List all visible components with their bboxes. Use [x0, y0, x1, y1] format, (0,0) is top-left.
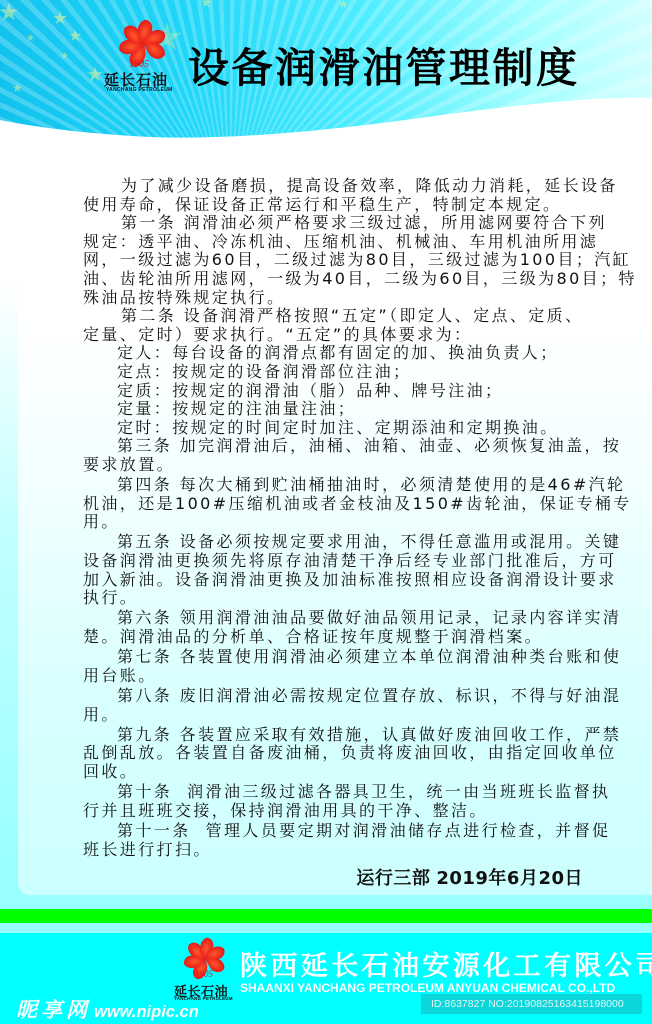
- list-item: 定量：按规定的注油量注油；: [83, 400, 637, 419]
- text-line: 油、齿轮油所用滤网，一级为40目，二级为60目，三级为80目；特: [83, 270, 637, 289]
- article-7: 第七条 各装置使用润滑油必须建立本单位润滑油种类台账和使 用台账。: [83, 648, 637, 685]
- image-id-badge: ID:8637827 NO:20190825163415198000: [421, 994, 642, 1014]
- text-line: 规定：透平油、冷冻机油、压缩机油、机械油、车用机油所用滤: [83, 233, 637, 252]
- text-line: 第六条 领用润滑油油品要做好油品领用记录，记录内容详实清: [83, 609, 637, 628]
- article-8: 第八条 废旧润滑油必需按规定位置存放、标识，不得与好油混 用。: [83, 687, 637, 724]
- article-10: 第十条 润滑油三级过滤各器具卫生，统一由当班班长监督执 行并且班班交接，保持润滑…: [83, 783, 637, 820]
- company-name-en: SHAANXI YANCHANG PETROLEUM ANYUAN CHEMIC…: [240, 981, 615, 995]
- text-line: 执行。: [83, 589, 637, 608]
- text-line: 设备润滑油更换须先将原存油清楚干净后经专业部门批准后，方可: [83, 552, 637, 571]
- article-11: 第十一条 管理人员要定期对润滑油储存点进行检查，并督促 班长进行打扫。: [83, 822, 637, 859]
- header-logo: 1905 延长石油 YANCHANG PETROLEUM: [0, 0, 180, 100]
- signature-date: 2019年6月20日: [436, 868, 583, 889]
- signature-department: 运行三部: [356, 868, 430, 889]
- list-item: 定点：按规定的设备润滑部位注油；: [83, 363, 637, 382]
- text-line: 第四条 每次大桶到贮油桶抽油时，必须清楚使用的是46#汽轮: [83, 476, 637, 495]
- footer-logo: 1905 延长石油 YANCHANG PETROLEUM: [0, 933, 240, 1024]
- text-line: 回收。: [83, 763, 637, 782]
- text-line: 第十一条 管理人员要定期对润滑油储存点进行检查，并督促: [83, 822, 637, 841]
- logo-year: 1905: [195, 969, 213, 979]
- regulation-body: 为了减少设备磨损，提高设备效率，降低动力消耗，延长设备 使用寿命，保证设备正常运…: [83, 177, 637, 859]
- text-line: 乱倒乱放。各装置自备废油桶，负责将废油回收，由指定回收单位: [83, 744, 637, 763]
- text-line: 机油，还是100#压缩机油或者金枝油及150#齿轮油，保证专桶专: [83, 495, 637, 514]
- text-line: 楚。润滑油品的分析单、合格证按年度规整于润滑档案。: [83, 628, 637, 647]
- five-fixed-list: 定人：每台设备的润滑点都有固定的加、换油负责人； 定点：按规定的设备润滑部位注油…: [83, 344, 637, 437]
- page-title: 设备润滑油管理制度: [188, 44, 580, 92]
- article-2: 第二条 设备润滑严格按照“五定”（即定人、定点、定质、 定量、定时）要求执行。“…: [83, 307, 637, 344]
- star-icon: ★: [200, 0, 213, 10]
- signature: 运行三部2019年6月20日: [356, 868, 583, 890]
- text-line: 第五条 设备必须按规定要求用油，不得任意滥用或混用。关键: [83, 533, 637, 552]
- star-icon: ★: [338, 0, 349, 10]
- text-line: 使用寿命，保证设备正常运行和平稳生产，特制定本规定。: [83, 196, 637, 215]
- light-divider-band: [0, 923, 652, 933]
- list-item: 定质：按规定的润滑油（脂）品种、牌号注油；: [83, 382, 637, 401]
- intro-paragraph: 为了减少设备磨损，提高设备效率，降低动力消耗，延长设备 使用寿命，保证设备正常运…: [83, 177, 637, 214]
- text-line: 用。: [83, 706, 637, 725]
- text-line: 第七条 各装置使用润滑油必须建立本单位润滑油种类台账和使: [83, 648, 637, 667]
- text-line: 为了减少设备磨损，提高设备效率，降低动力消耗，延长设备: [83, 177, 637, 196]
- text-line: 行并且班班交接，保持润滑油用具的干净、整洁。: [83, 802, 637, 821]
- list-item: 定人：每台设备的润滑点都有固定的加、换油负责人；: [83, 344, 637, 363]
- list-item: 定时：按规定的时间定时加注、定期添油和定期换油。: [83, 419, 637, 438]
- text-line: 加入新油。设备润滑油更换及加油标准按照相应设备润滑设计要求: [83, 571, 637, 590]
- article-1: 第一条 润滑油必须严格要求三级过滤，所用滤网要符合下列 规定：透平油、冷冻机油、…: [83, 214, 637, 307]
- text-line: 第九条 各装置应采取有效措施，认真做好废油回收工作，严禁: [83, 726, 637, 745]
- text-line: 用台账。: [83, 667, 637, 686]
- logo-name-en: YANCHANG PETROLEUM: [106, 87, 173, 93]
- text-line: 班长进行打扫。: [83, 841, 637, 860]
- text-line: 殊油品按特殊规定执行。: [83, 289, 637, 308]
- text-line: 要求放置。: [83, 456, 637, 475]
- article-3: 第三条 加完润滑油后，油桶、油箱、油壶、必须恢复油盖，按 要求放置。: [83, 437, 637, 474]
- text-line: 第八条 废旧润滑油必需按规定位置存放、标识，不得与好油混: [83, 687, 637, 706]
- footer: 1905 延长石油 YANCHANG PETROLEUM 陕西延长石油安源化工有…: [0, 933, 652, 1024]
- text-line: 第三条 加完润滑油后，油桶、油箱、油壶、必须恢复油盖，按: [83, 437, 637, 456]
- article-6: 第六条 领用润滑油油品要做好油品领用记录，记录内容详实清 楚。润滑油品的分析单、…: [83, 609, 637, 646]
- text-line: 定量、定时）要求执行。“五定”的具体要求为：: [83, 326, 637, 345]
- company-name-cn: 陕西延长石油安源化工有限公司: [240, 951, 652, 983]
- article-9: 第九条 各装置应采取有效措施，认真做好废油回收工作，严禁 乱倒乱放。各装置自备废…: [83, 726, 637, 782]
- article-4: 第四条 每次大桶到贮油桶抽油时，必须清楚使用的是46#汽轮 机油，还是100#压…: [83, 476, 637, 532]
- text-line: 网，一级过滤为60目，二级过滤为80目，三级过滤为100目；汽缸: [83, 251, 637, 270]
- text-line: 第一条 润滑油必须严格要求三级过滤，所用滤网要符合下列: [83, 214, 637, 233]
- text-line: 第十条 润滑油三级过滤各器具卫生，统一由当班班长监督执: [83, 783, 637, 802]
- text-line: 第二条 设备润滑严格按照“五定”（即定人、定点、定质、: [83, 307, 637, 326]
- green-divider-band: [0, 909, 652, 923]
- article-5: 第五条 设备必须按规定要求用油，不得任意滥用或混用。关键 设备润滑油更换须先将原…: [83, 533, 637, 607]
- text-line: 用。: [83, 513, 637, 532]
- logo-name-en: YANCHANG PETROLEUM: [174, 996, 233, 1001]
